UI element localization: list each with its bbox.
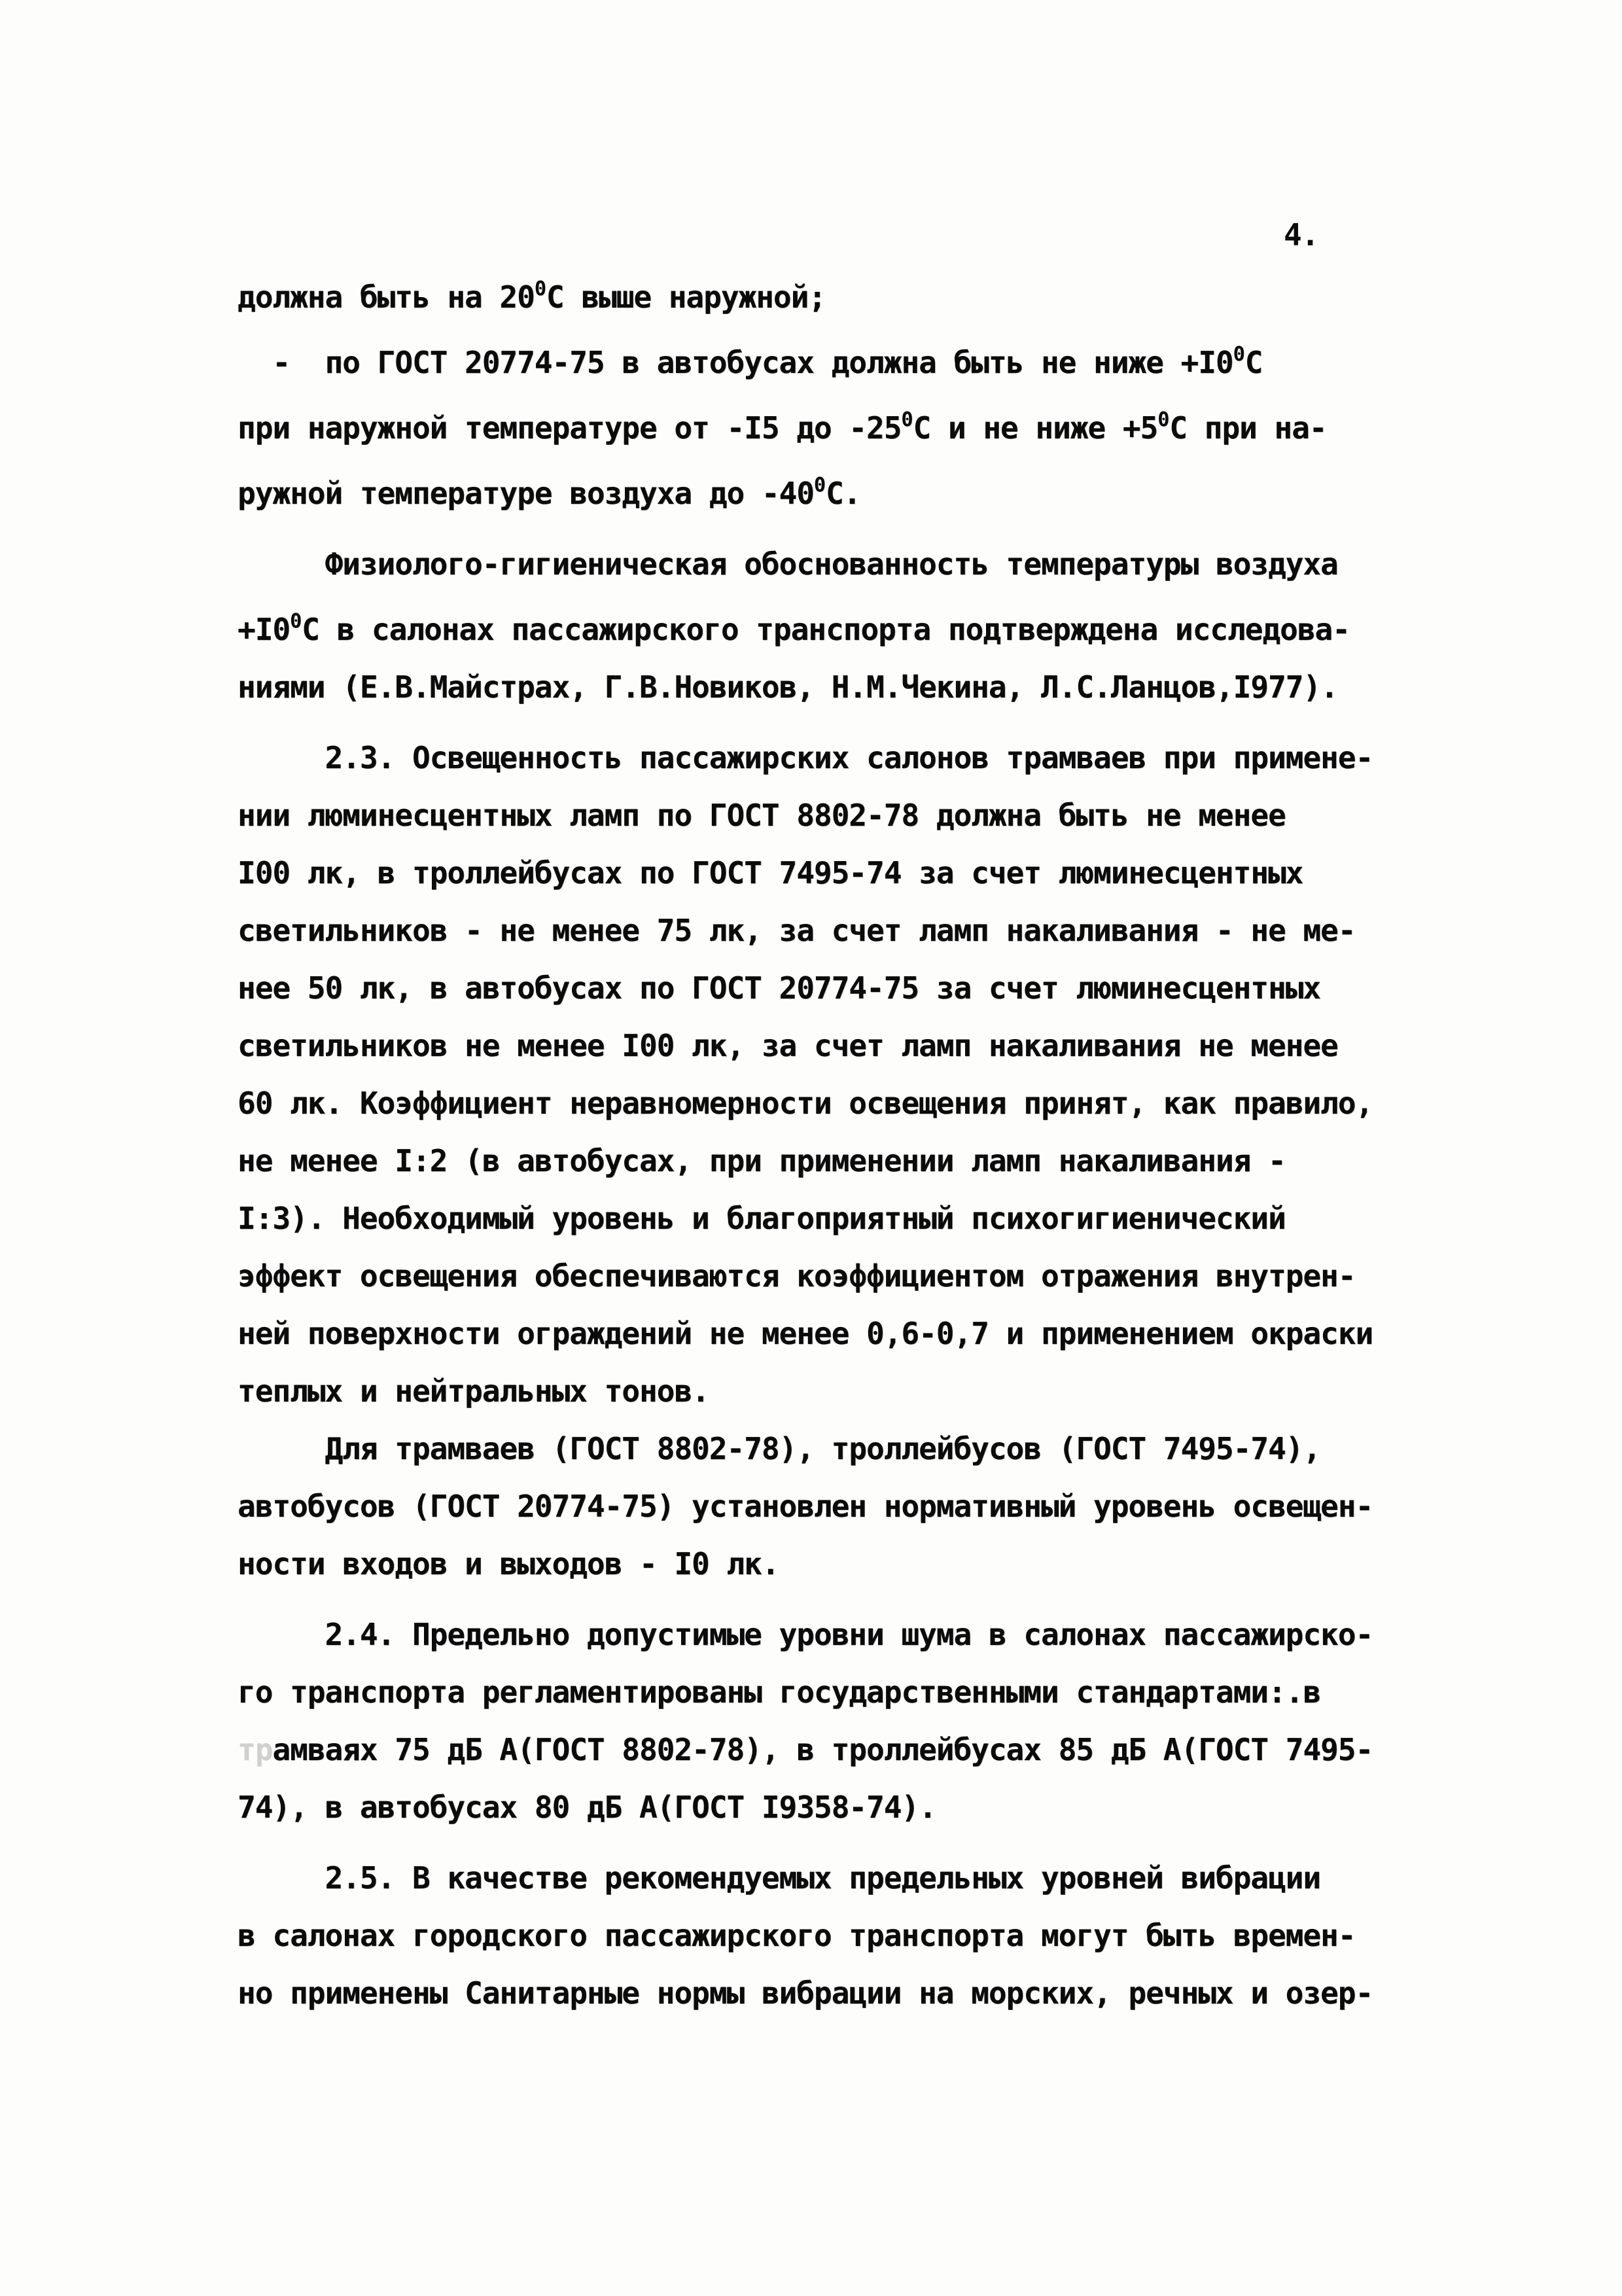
text-segment: светильников - не менее 75 лк, за счет л… — [238, 913, 1355, 948]
text-line: 2.3. Освещенность пассажирских салонов т… — [238, 729, 1422, 786]
text-segment: светильников не менее I00 лк, за счет ла… — [238, 1028, 1338, 1063]
text-line: ности входов и выходов - I0 лк. — [238, 1535, 1422, 1593]
text-line: I:3). Необходимый уровень и благоприятны… — [238, 1190, 1422, 1247]
text-segment: нии люминесцентных ламп по ГОСТ 8802-78 … — [238, 798, 1286, 833]
superscript-degree: 0 — [901, 408, 913, 431]
text-segment: автобусов (ГОСТ 20774-75) установлен нор… — [238, 1489, 1373, 1524]
text-line: го транспорта регламентированы государст… — [238, 1663, 1422, 1721]
text-segment: го транспорта регламентированы государст… — [238, 1674, 1320, 1710]
text-line: эффект освещения обеспечиваются коэффици… — [238, 1247, 1422, 1305]
text-line: - по ГОСТ 20774-75 в автобусах должна бы… — [238, 326, 1422, 391]
text-line: 60 лк. Коэффициент неравномерности освещ… — [238, 1074, 1422, 1132]
text-line: Для трамваев (ГОСТ 8802-78), троллейбусо… — [238, 1420, 1422, 1477]
text-segment: Физиолого-гигиеническая обоснованность т… — [238, 546, 1338, 582]
text-line: Физиолого-гигиеническая обоснованность т… — [238, 535, 1422, 593]
text-line: не менее I:2 (в автобусах, при применени… — [238, 1132, 1422, 1190]
text-line: ниями (Е.В.Майстрах, Г.В.Новиков, Н.М.Че… — [238, 658, 1422, 716]
paragraph: 2.4. Предельно допустимые уровни шума в … — [238, 1606, 1422, 1836]
text-line: но применены Санитарные нормы вибрации н… — [238, 1964, 1422, 2022]
superscript-degree: 0 — [290, 610, 302, 633]
superscript-degree: 0 — [1157, 408, 1169, 431]
text-line: автобусов (ГОСТ 20774-75) установлен нор… — [238, 1477, 1422, 1535]
text-segment: I00 лк, в троллейбусах по ГОСТ 7495-74 з… — [238, 855, 1303, 891]
text-segment: С при на- — [1169, 410, 1326, 446]
text-segment: 2.5. В качестве рекомендуемых предельных… — [238, 1860, 1320, 1896]
text-line: трамваях 75 дБ А(ГОСТ 8802-78), в тролле… — [238, 1721, 1422, 1778]
text-line: нее 50 лк, в автобусах по ГОСТ 20774-75 … — [238, 959, 1422, 1017]
text-segment: С и не ниже +5 — [913, 410, 1157, 446]
text-line: 2.4. Предельно допустимые уровни шума в … — [238, 1606, 1422, 1663]
text-line: должна быть на 200С выше наружной; — [238, 260, 1422, 326]
text-line: теплых и нейтральных тонов. — [238, 1362, 1422, 1420]
faded-text: тр — [238, 1732, 272, 1767]
text-segment: ности входов и выходов - I0 лк. — [238, 1546, 779, 1581]
text-segment: должна быть на 20 — [238, 279, 535, 315]
text-segment: С. — [826, 476, 860, 511]
paragraph: Для трамваев (ГОСТ 8802-78), троллейбусо… — [238, 1420, 1422, 1593]
text-segment: Для трамваев (ГОСТ 8802-78), троллейбусо… — [238, 1431, 1320, 1466]
text-segment: 60 лк. Коэффициент неравномерности освещ… — [238, 1086, 1373, 1121]
text-segment: ниями (Е.В.Майстрах, Г.В.Новиков, Н.М.Че… — [238, 669, 1338, 705]
superscript-degree: 0 — [814, 474, 826, 497]
text-line: светильников не менее I00 лк, за счет ла… — [238, 1017, 1422, 1074]
paragraph: 2.3. Освещенность пассажирских салонов т… — [238, 729, 1422, 1420]
text-segment: ружной температуре воздуха до -40 — [238, 476, 814, 511]
text-segment: 74), в автобусах 80 дБ А(ГОСТ I9358-74). — [238, 1790, 936, 1825]
text-segment: ней поверхности ограждений не менее 0,6-… — [238, 1316, 1373, 1351]
text-segment: при наружной температуре от -I5 до -25 — [238, 410, 901, 446]
text-segment: нее 50 лк, в автобусах по ГОСТ 20774-75 … — [238, 970, 1320, 1006]
paragraph: должна быть на 200С выше наружной; - по … — [238, 260, 1422, 522]
text-segment: 2.3. Освещенность пассажирских салонов т… — [238, 740, 1373, 775]
text-line: ней поверхности ограждений не менее 0,6-… — [238, 1305, 1422, 1362]
text-line: при наружной температуре от -I5 до -250С… — [238, 391, 1422, 457]
superscript-degree: 0 — [535, 277, 546, 300]
text-segment: но применены Санитарные нормы вибрации н… — [238, 1975, 1373, 2011]
text-segment: эффект освещения обеспечиваются коэффици… — [238, 1258, 1355, 1294]
text-segment: С выше наружной; — [546, 279, 826, 315]
text-line: I00 лк, в троллейбусах по ГОСТ 7495-74 з… — [238, 844, 1422, 902]
text-line: 2.5. В качестве рекомендуемых предельных… — [238, 1849, 1422, 1907]
text-segment: 2.4. Предельно допустимые уровни шума в … — [238, 1617, 1373, 1652]
text-segment: С — [1245, 345, 1263, 380]
text-segment: не менее I:2 (в автобусах, при применени… — [238, 1143, 1286, 1178]
text-line: +I00С в салонах пассажирского транспорта… — [238, 593, 1422, 658]
text-segment: теплых и нейтральных тонов. — [238, 1373, 709, 1409]
text-line: нии люминесцентных ламп по ГОСТ 8802-78 … — [238, 786, 1422, 844]
paragraph: 2.5. В качестве рекомендуемых предельных… — [238, 1849, 1422, 2022]
text-block: должна быть на 200С выше наружной; - по … — [238, 260, 1422, 2022]
text-segment: - по ГОСТ 20774-75 в автобусах должна бы… — [238, 345, 1233, 380]
text-line: светильников - не менее 75 лк, за счет л… — [238, 902, 1422, 959]
text-segment: амваях 75 дБ А(ГОСТ 8802-78), в троллейб… — [272, 1732, 1373, 1767]
text-segment: в салонах городского пассажирского транс… — [238, 1918, 1355, 1953]
text-segment: +I0 — [238, 612, 290, 647]
text-segment: I:3). Необходимый уровень и благоприятны… — [238, 1201, 1286, 1236]
scanned-document-page: 4. должна быть на 200С выше наружной; - … — [0, 0, 1622, 2296]
paragraph: Физиолого-гигиеническая обоснованность т… — [238, 535, 1422, 716]
page-number: 4. — [1284, 217, 1318, 253]
text-line: в салонах городского пассажирского транс… — [238, 1907, 1422, 1964]
superscript-degree: 0 — [1233, 343, 1245, 366]
text-segment: С в салонах пассажирского транспорта под… — [302, 612, 1350, 647]
text-line: ружной температуре воздуха до -400С. — [238, 457, 1422, 522]
text-line: 74), в автобусах 80 дБ А(ГОСТ I9358-74). — [238, 1778, 1422, 1836]
